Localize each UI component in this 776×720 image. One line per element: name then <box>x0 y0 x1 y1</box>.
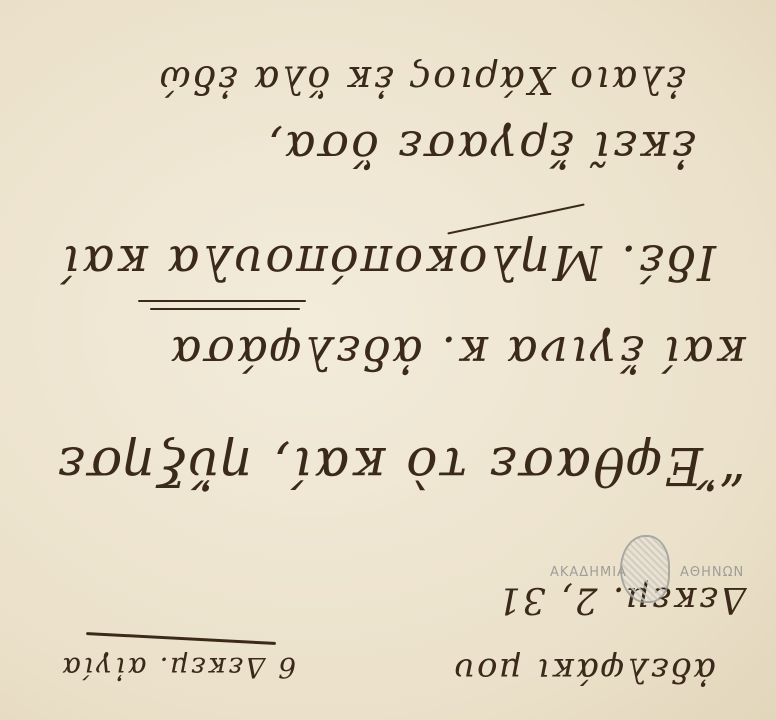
manuscript-page: ἀδελφάκι μου 6 Δεκεμ. αἰγία Δεκεμ. 2, 31… <box>0 0 776 720</box>
salutation: ἀδελφάκι μου <box>452 650 716 690</box>
double-underline-top <box>150 308 300 310</box>
body-line-1: “Ἔφθασε τὸ καί, ηὔξησε <box>55 435 746 495</box>
body-line-5: ἐλαιο Χάριος ἐκ ὅλα ἐδώ <box>157 58 686 102</box>
date-place: 6 Δεκεμ. αἰγία <box>60 651 296 684</box>
watermark-right-text: ΑΘΗΝΩΝ <box>680 565 744 580</box>
body-line-4: ἐκεῖ ἔργασε ὅσα, <box>266 121 696 175</box>
body-line-3: Ιδέ. Μηλοκοπόπουλα καί <box>59 234 716 290</box>
name-underline <box>447 203 584 234</box>
double-underline-bottom <box>138 300 306 302</box>
rotated-sheet: ἀδελφάκι μου 6 Δεκεμ. αἰγία Δεκεμ. 2, 31… <box>0 0 776 720</box>
body-line-2: καί ἔγινα κ. ἀδελφάσα <box>169 326 747 380</box>
academy-watermark: ΑΚΑΔΗΜΙΑ ΑΘΗΝΩΝ <box>600 535 776 605</box>
watermark-left-text: ΑΚΑΔΗΜΙΑ <box>550 565 627 580</box>
date-underline <box>86 632 276 645</box>
athena-head-icon <box>620 535 670 603</box>
